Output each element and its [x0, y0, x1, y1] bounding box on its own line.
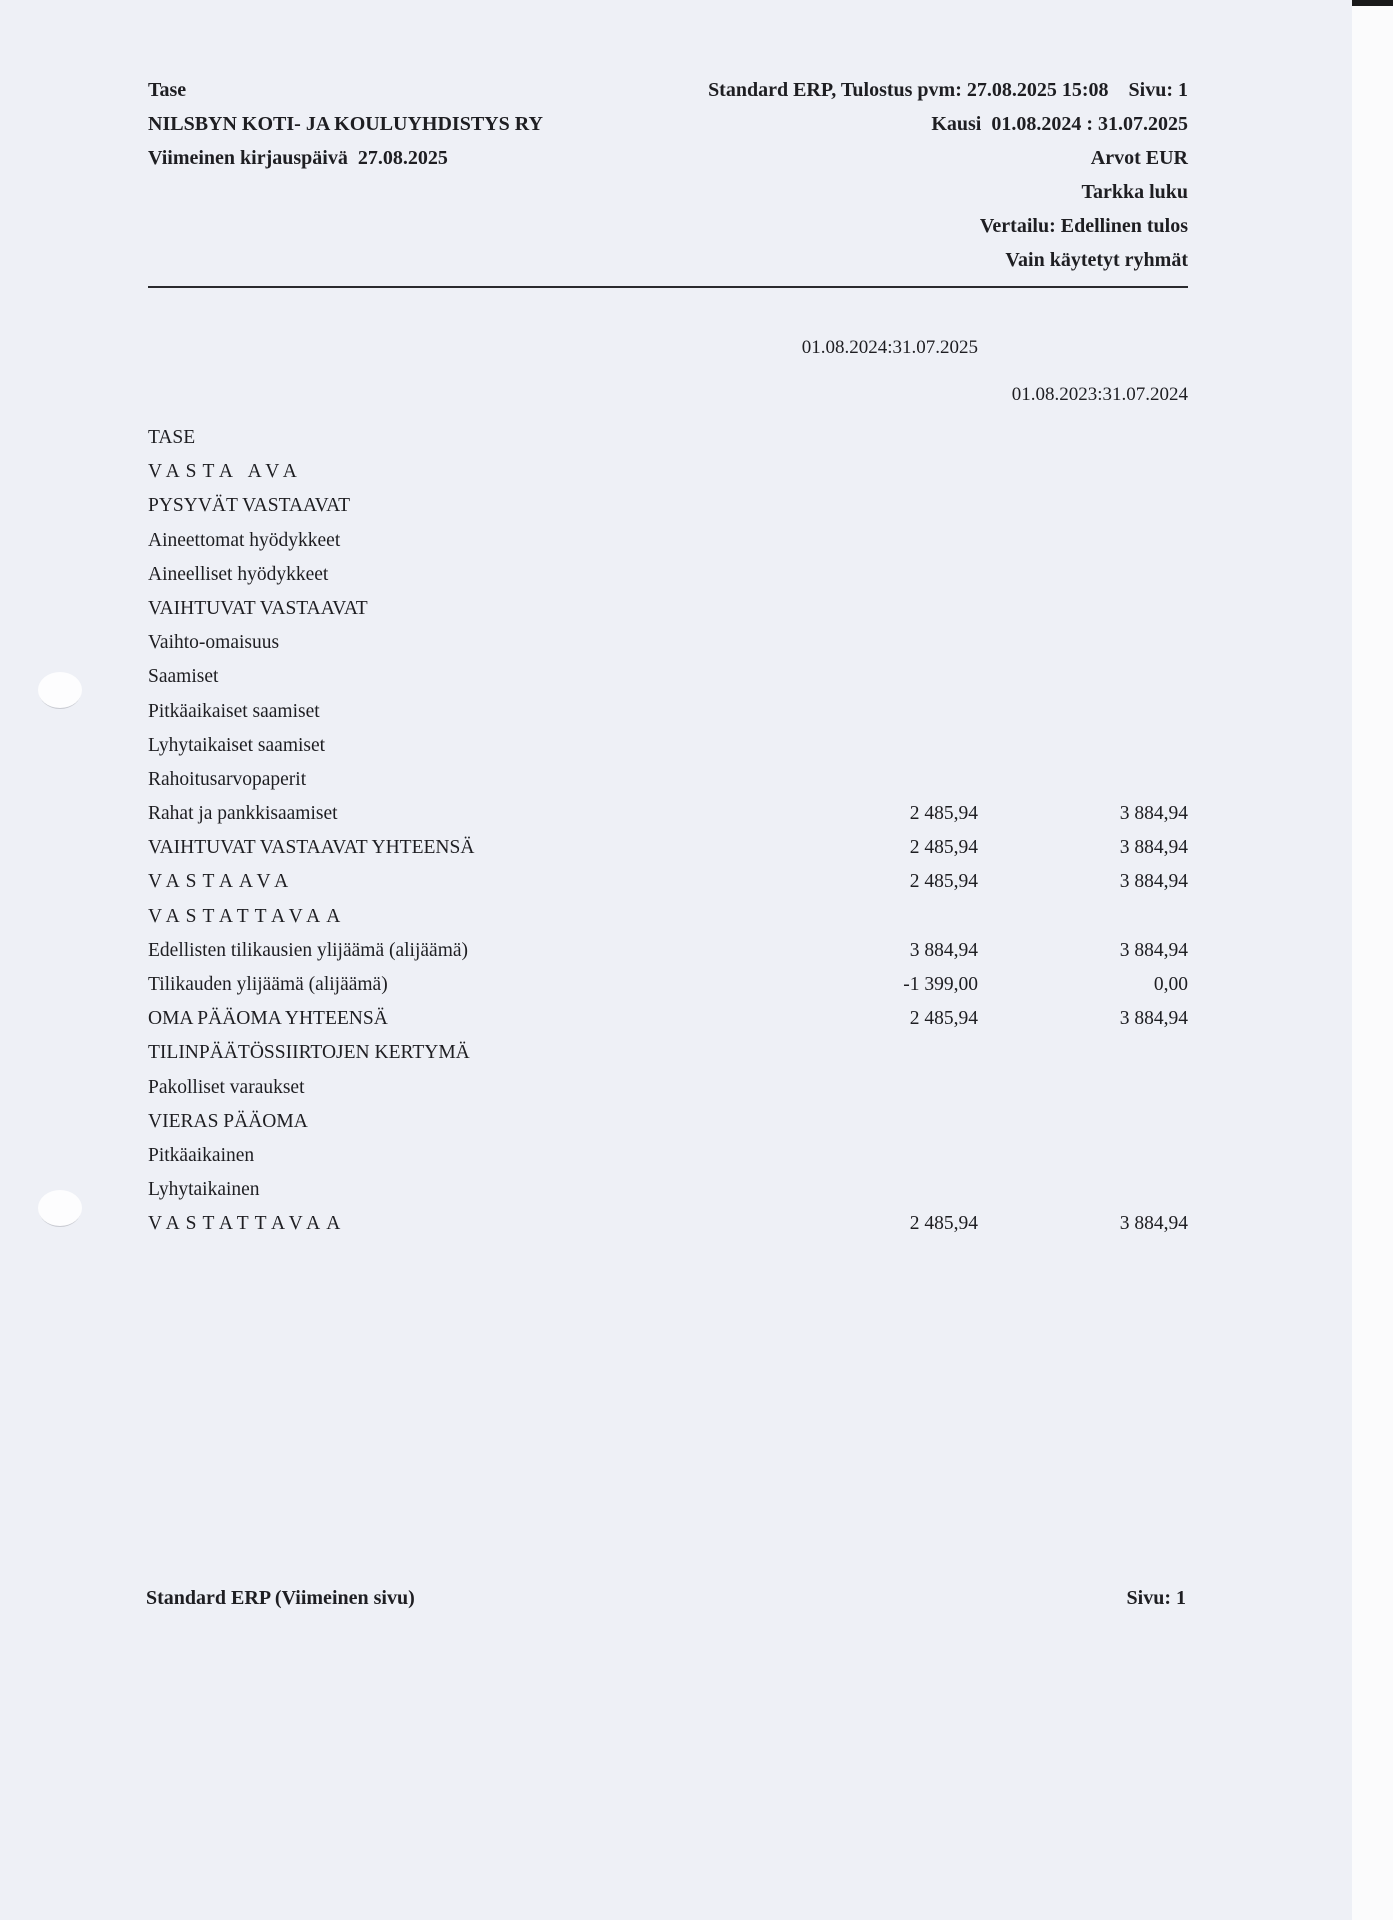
row-label: VASTATTAVAA	[148, 1212, 346, 1235]
table-row: VASTAAVA2 485,943 884,94	[148, 870, 1188, 904]
row-label: Rahat ja pankkisaamiset	[148, 802, 338, 825]
row-label: TASE	[148, 426, 195, 449]
table-row: Aineelliset hyödykkeet	[148, 563, 1188, 597]
row-label: VASTAAVA	[148, 870, 294, 893]
row-label: Lyhytaikaiset saamiset	[148, 734, 325, 757]
row-value-current: 3 884,94	[910, 939, 978, 962]
row-value-current: 2 485,94	[910, 870, 978, 893]
row-value-current: 2 485,94	[910, 836, 978, 859]
punch-hole-bottom	[38, 1190, 82, 1226]
row-value-current: 2 485,94	[910, 1007, 978, 1030]
comparison: Vertailu: Edellinen tulos	[980, 216, 1188, 236]
row-label: Aineelliset hyödykkeet	[148, 563, 328, 586]
row-label: VASTATTAVAA	[148, 905, 346, 928]
row-label: Vaihto-omaisuus	[148, 631, 279, 654]
row-label: VAIHTUVAT VASTAAVAT YHTEENSÄ	[148, 836, 474, 859]
report-title: Tase	[148, 80, 186, 100]
last-posting-date: Viimeinen kirjauspäivä 27.08.2025	[148, 148, 448, 168]
balance-sheet-table: TASEVASTA AVAPYSYVÄT VASTAAVATAineettoma…	[148, 426, 1188, 1247]
table-row: Lyhytaikaiset saamiset	[148, 734, 1188, 768]
table-row: Rahat ja pankkisaamiset2 485,943 884,94	[148, 802, 1188, 836]
table-row: Pitkäaikainen	[148, 1144, 1188, 1178]
row-label: Aineettomat hyödykkeet	[148, 529, 340, 552]
table-row: Vaihto-omaisuus	[148, 631, 1188, 665]
table-row: Aineettomat hyödykkeet	[148, 529, 1188, 563]
row-label: Edellisten tilikausien ylijäämä (alijääm…	[148, 939, 468, 962]
table-row: Pakolliset varaukset	[148, 1076, 1188, 1110]
column-header-current: 01.08.2024:31.07.2025	[802, 338, 978, 357]
row-label: VAIHTUVAT VASTAAVAT	[148, 597, 368, 620]
row-label: PYSYVÄT VASTAAVAT	[148, 494, 350, 517]
row-value-previous: 3 884,94	[1120, 939, 1188, 962]
table-row: Edellisten tilikausien ylijäämä (alijääm…	[148, 939, 1188, 973]
table-row: Tilikauden ylijäämä (alijäämä)-1 399,000…	[148, 973, 1188, 1007]
table-row: VASTATTAVAA	[148, 905, 1188, 939]
table-row: Rahoitusarvopaperit	[148, 768, 1188, 802]
row-label: Tilikauden ylijäämä (alijäämä)	[148, 973, 388, 996]
row-label: VIERAS PÄÄOMA	[148, 1110, 308, 1133]
row-label: Pakolliset varaukset	[148, 1076, 305, 1099]
table-row: VASTATTAVAA2 485,943 884,94	[148, 1212, 1188, 1246]
row-value-previous: 3 884,94	[1120, 1212, 1188, 1235]
row-value-previous: 3 884,94	[1120, 1007, 1188, 1030]
period: Kausi 01.08.2024 : 31.07.2025	[931, 114, 1188, 134]
row-label: Pitkäaikainen	[148, 1144, 254, 1167]
table-row: TASE	[148, 426, 1188, 460]
header-divider	[148, 286, 1188, 288]
table-row: Lyhytaikainen	[148, 1178, 1188, 1212]
row-label: OMA PÄÄOMA YHTEENSÄ	[148, 1007, 388, 1030]
row-label: VASTA AVA	[148, 460, 303, 483]
row-value-previous: 3 884,94	[1120, 836, 1188, 859]
row-value-previous: 3 884,94	[1120, 870, 1188, 893]
table-row: PYSYVÄT VASTAAVAT	[148, 494, 1188, 528]
row-label: Pitkäaikaiset saamiset	[148, 700, 320, 723]
scan-corner-shadow	[1352, 0, 1393, 6]
table-row: Pitkäaikaiset saamiset	[148, 700, 1188, 734]
table-row: TILINPÄÄTÖSSIIRTOJEN KERTYMÄ	[148, 1041, 1188, 1075]
row-label: TILINPÄÄTÖSSIIRTOJEN KERTYMÄ	[148, 1041, 470, 1064]
row-value-current: 2 485,94	[910, 802, 978, 825]
punch-hole-top	[38, 672, 82, 708]
row-value-current: 2 485,94	[910, 1212, 978, 1235]
precision: Tarkka luku	[1081, 182, 1188, 202]
organization-name: NILSBYN KOTI- JA KOULUYHDISTYS RY	[148, 114, 543, 134]
row-label: Saamiset	[148, 665, 218, 688]
table-row: VASTA AVA	[148, 460, 1188, 494]
table-row: Saamiset	[148, 665, 1188, 699]
table-row: VAIHTUVAT VASTAAVAT	[148, 597, 1188, 631]
row-label: Rahoitusarvopaperit	[148, 768, 306, 791]
table-row: VAIHTUVAT VASTAAVAT YHTEENSÄ2 485,943 88…	[148, 836, 1188, 870]
scan-paper-edge	[1352, 0, 1393, 1920]
row-value-current: -1 399,00	[903, 973, 978, 996]
table-row: OMA PÄÄOMA YHTEENSÄ2 485,943 884,94	[148, 1007, 1188, 1041]
footer-page: Sivu: 1	[1127, 1588, 1186, 1608]
footer-left: Standard ERP (Viimeinen sivu)	[146, 1588, 415, 1608]
print-info: Standard ERP, Tulostus pvm: 27.08.2025 1…	[708, 80, 1188, 100]
row-label: Lyhytaikainen	[148, 1178, 260, 1201]
row-value-previous: 3 884,94	[1120, 802, 1188, 825]
row-value-previous: 0,00	[1154, 973, 1188, 996]
groups-filter: Vain käytetyt ryhmät	[1005, 250, 1188, 270]
currency: Arvot EUR	[1091, 148, 1188, 168]
column-header-previous: 01.08.2023:31.07.2024	[1012, 385, 1188, 404]
table-row: VIERAS PÄÄOMA	[148, 1110, 1188, 1144]
